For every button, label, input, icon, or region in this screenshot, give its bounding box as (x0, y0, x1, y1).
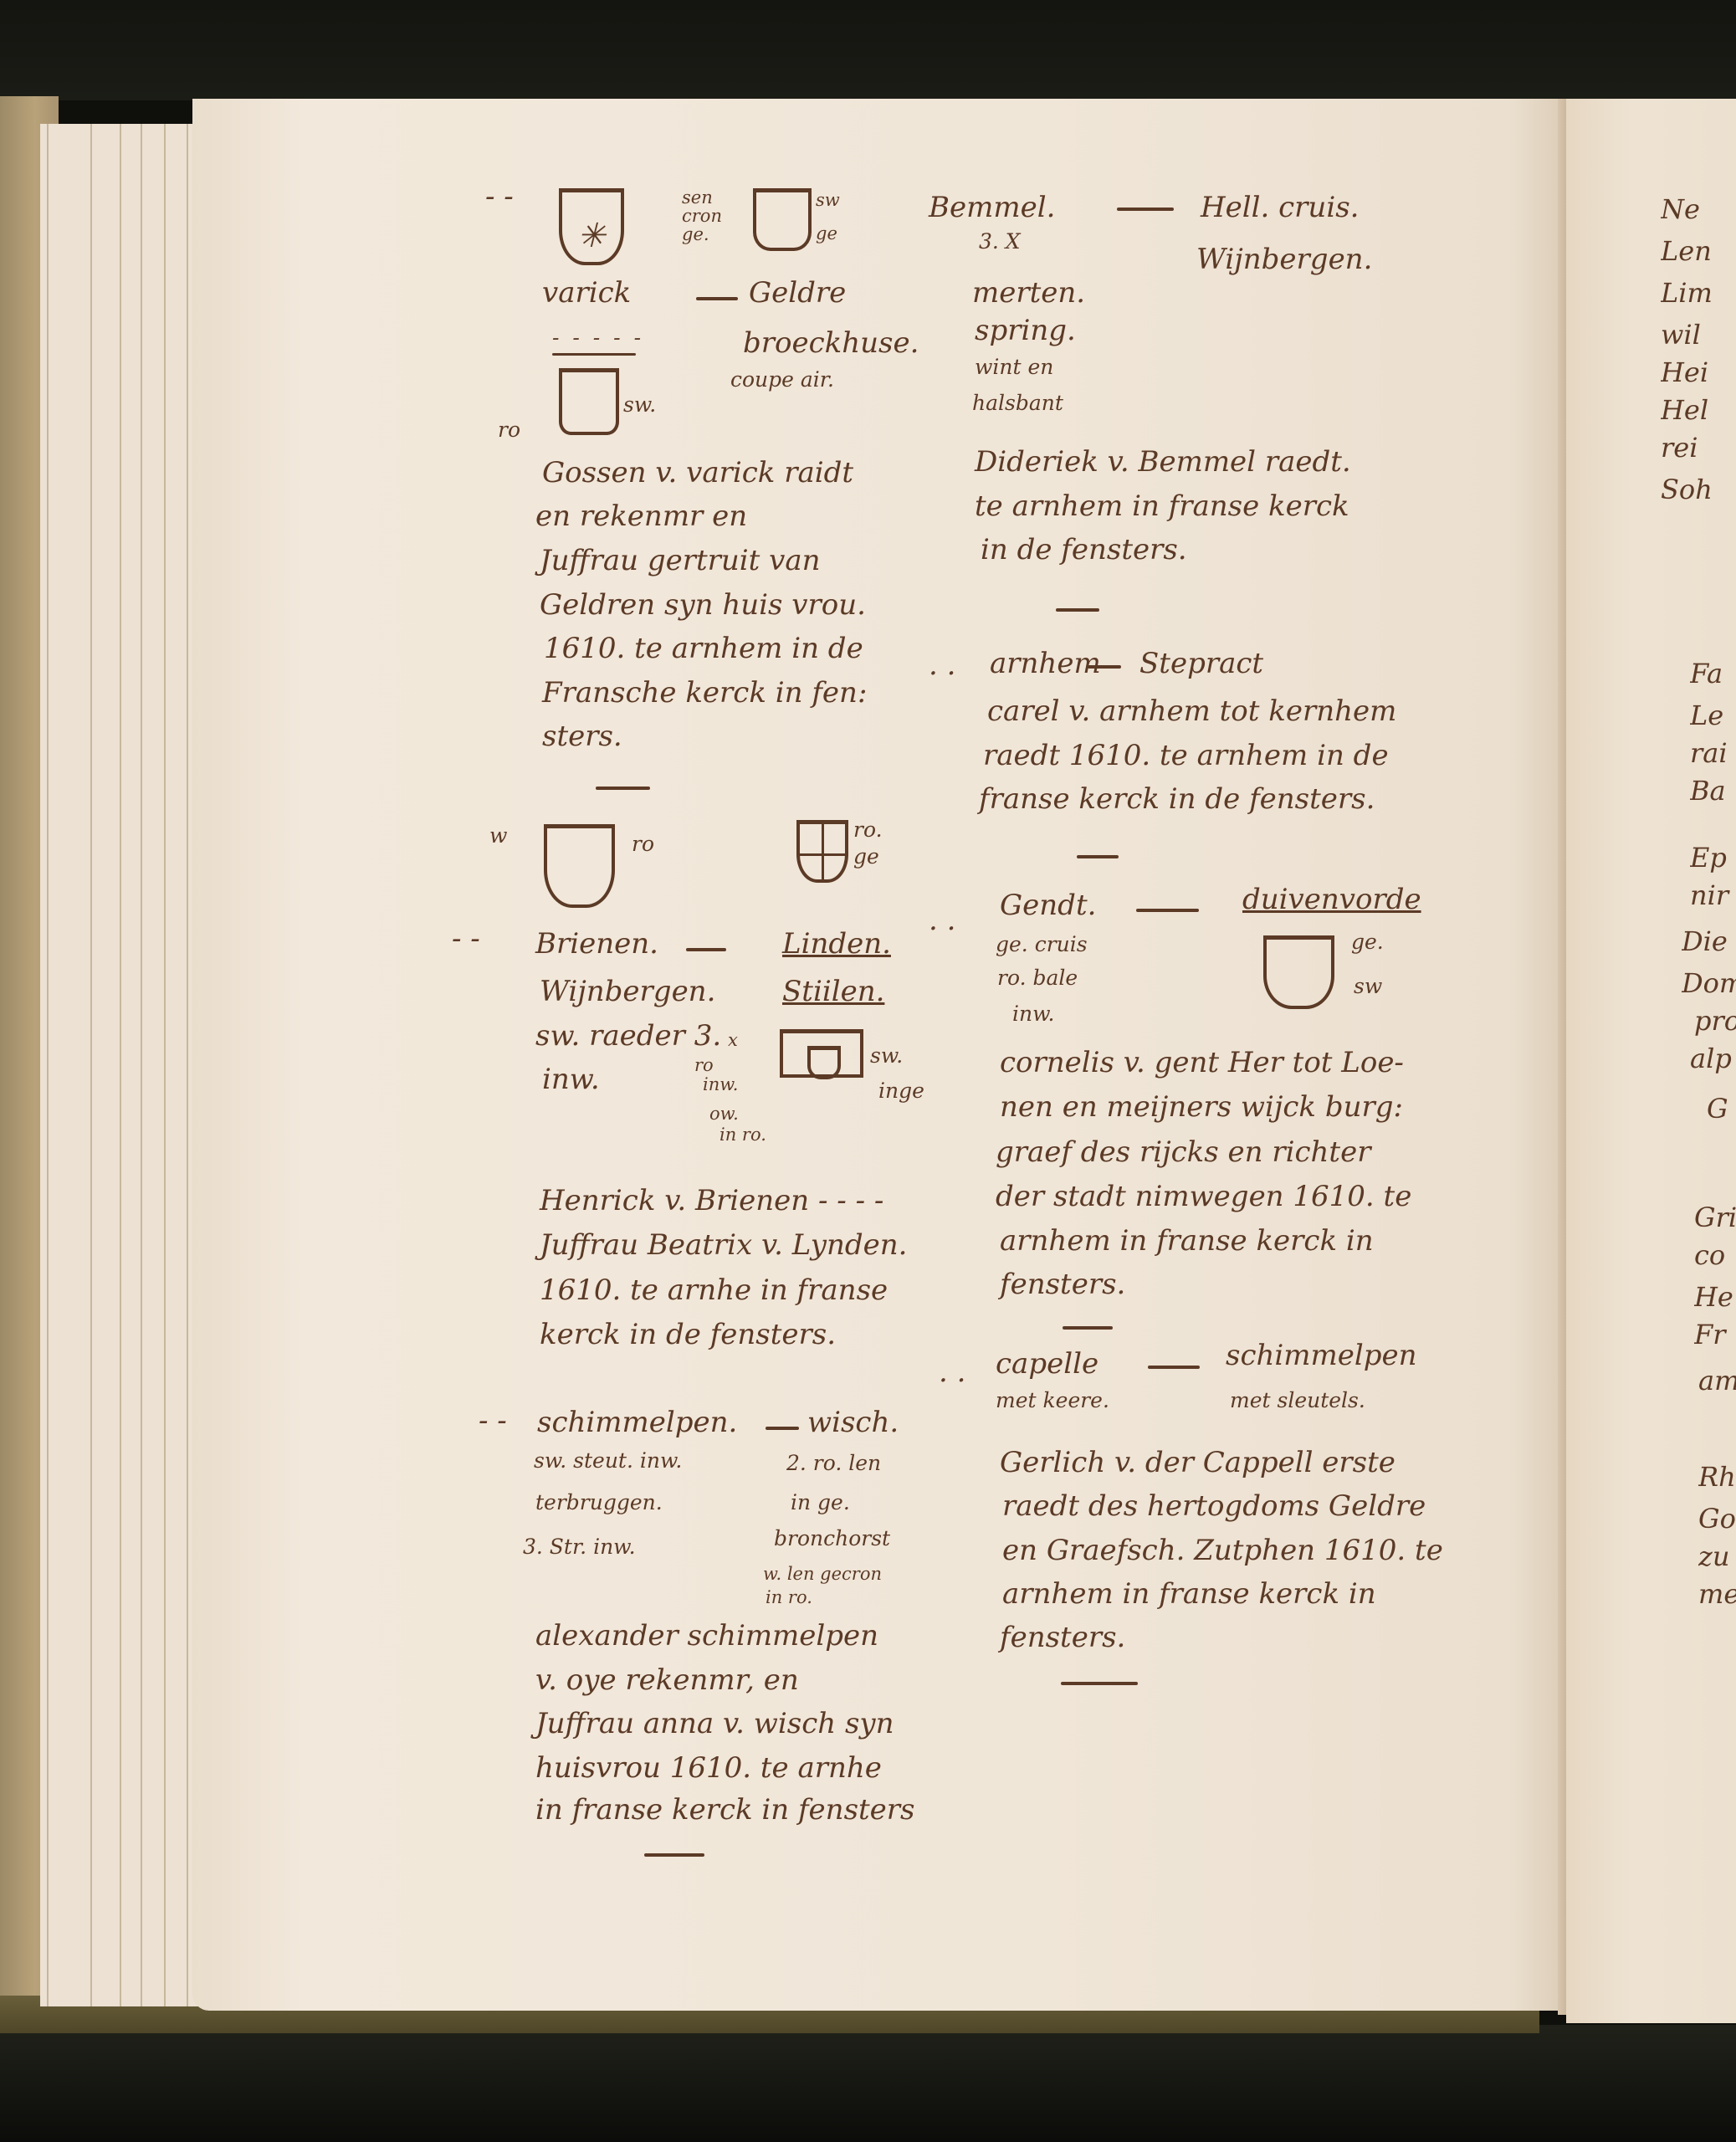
margin-mark: - - (452, 922, 480, 956)
margin-dots: . . (929, 904, 955, 937)
text-line: in de fensters. (981, 533, 1187, 566)
arms-label: ro (694, 1056, 714, 1074)
coat-of-arms-brienen (544, 824, 615, 908)
entry-divider (596, 787, 650, 790)
text-line: en Graefsch. Zutphen 1610. te (1002, 1534, 1443, 1567)
entry-heading-right: Hell. cruis. (1201, 191, 1359, 224)
facing-line: nir (1690, 879, 1736, 912)
heading-dash (1117, 208, 1174, 211)
text-line: Henrick v. Brienen - - - - (540, 1184, 883, 1217)
facing-line: Lim (1661, 276, 1736, 310)
arms-label: sw. (870, 1044, 903, 1068)
arms-label: ow. (709, 1104, 739, 1123)
facing-line: Dom (1682, 966, 1736, 1000)
text-line: Gerlich v. der Cappell erste (1000, 1446, 1395, 1479)
heading-dash (1136, 909, 1199, 912)
text-line: arnhem in franse kerck in (1002, 1577, 1376, 1611)
text-line: der stadt nimwegen 1610. te (996, 1180, 1411, 1213)
entry-subheading: in ge. (791, 1491, 850, 1514)
facing-line: Fa (1690, 657, 1736, 690)
facing-line: G (1707, 1092, 1736, 1125)
entry-subheading: spring. (975, 314, 1076, 347)
separator: - - - - - (552, 326, 644, 350)
entry-subheading: 3. Str. inw. (523, 1535, 636, 1559)
arms-label: ge. (1351, 930, 1384, 954)
star-charge-icon: ✳ (577, 219, 606, 253)
cross-horizontal (796, 853, 848, 856)
entry-heading-right: Linden. (782, 927, 891, 961)
entry-divider (1056, 608, 1099, 612)
text-line: alexander schimmelpen (535, 1619, 878, 1653)
facing-line: Ba (1690, 774, 1736, 807)
text-line: 1610. te arnhem in de (544, 632, 863, 665)
entry-heading-right: wisch. (807, 1406, 899, 1439)
page-stack-edges (40, 124, 199, 2006)
text-line: fensters. (1000, 1621, 1125, 1654)
entry-divider (644, 1853, 704, 1857)
facing-line: pro (1694, 1004, 1736, 1038)
facing-line: Gri (1694, 1201, 1736, 1234)
arms-label: inw. (703, 1075, 738, 1094)
facing-line: am (1698, 1364, 1736, 1397)
entry-subheading: sw. raeder 3. (535, 1019, 721, 1053)
text-line: franse kerck in de fensters. (979, 782, 1375, 816)
text-line: huisvrou 1610. te arnhe (535, 1751, 882, 1785)
facing-line: Die (1682, 925, 1736, 958)
entry-subheading: inw. (1012, 1002, 1054, 1026)
coat-of-arms-geldre (753, 188, 812, 251)
entry-heading-left: varick (542, 276, 631, 310)
facing-line: Le (1690, 699, 1736, 732)
background-bottom (0, 2025, 1736, 2142)
entry-subheading: w. len gecron (763, 1565, 882, 1583)
entry-subheading: in ro. (766, 1588, 812, 1606)
text-line: Fransche kerck in fen: (542, 676, 867, 710)
facing-line: Rh (1698, 1460, 1736, 1494)
entry-subheading: Wijnbergen. (540, 975, 715, 1008)
heading-dash (686, 948, 726, 951)
text-line: Dideriek v. Bemmel raedt. (975, 445, 1351, 479)
facing-line: zu (1698, 1540, 1736, 1573)
arms-label: sen cron ge. (682, 188, 749, 243)
arms-label: sw (1354, 975, 1382, 998)
text-line: in franse kerck in fensters (535, 1793, 915, 1827)
margin-mark: - - (485, 180, 514, 213)
entry-subheading: broeckhuse. (743, 326, 919, 360)
text-line: fensters. (1000, 1268, 1125, 1301)
arms-label: ge (853, 845, 879, 869)
text-line: Geldren syn huis vrou. (540, 588, 866, 622)
entry-heading-right: Geldre (749, 276, 846, 310)
entry-subheading: ro. bale (997, 966, 1078, 990)
entry-subheading: terbruggen. (535, 1491, 663, 1514)
facing-line: Len (1661, 234, 1736, 268)
coat-of-arms-duivenvorde (1263, 935, 1334, 1009)
arms-label: sw. (623, 393, 656, 417)
heading-dash (1148, 1366, 1200, 1369)
entry-subheading: met sleutels. (1230, 1389, 1365, 1412)
facing-line: Ne (1661, 192, 1736, 226)
arms-label: sw (816, 191, 840, 209)
entry-subheading: bronchorst (774, 1527, 890, 1550)
text-line: arnhem in franse kerck in (1000, 1224, 1374, 1258)
inescutcheon (807, 1046, 841, 1079)
text-line: Juffrau gertruit van (540, 544, 821, 577)
entry-subheading: ge. cruis (996, 933, 1088, 956)
text-line: graef des rijcks en richter (996, 1135, 1370, 1169)
text-line: raedt des hertogdoms Geldre (1002, 1489, 1426, 1523)
entry-subheading: wint en (975, 356, 1053, 379)
arms-label: x (728, 1031, 738, 1049)
entry-subheading: 2. ro. len (786, 1452, 881, 1475)
text-line: sters. (542, 720, 622, 753)
margin-dots: . . (939, 1355, 965, 1389)
entry-subheading: halsbant (972, 392, 1063, 415)
facing-line: me (1698, 1577, 1736, 1611)
entry-subheading: Stiilen. (782, 975, 884, 1008)
facing-line: wil (1661, 318, 1736, 351)
facing-line: Hel (1661, 393, 1736, 427)
text-line: raedt 1610. te arnhem in de (983, 739, 1389, 772)
facing-line: rei (1661, 431, 1736, 464)
separator-rule (552, 353, 636, 356)
arms-label: ro (498, 418, 520, 442)
background-top (0, 0, 1736, 100)
text-line: Gossen v. varick raidt (542, 456, 853, 489)
arms-label: ro. (853, 818, 883, 842)
text-line: v. oye rekenmr, en (535, 1663, 799, 1697)
heading-dash (696, 297, 738, 300)
facing-line: alp (1690, 1042, 1736, 1075)
text-line: Juffrau Beatrix v. Lynden. (540, 1228, 907, 1262)
entry-divider (1061, 1682, 1138, 1685)
text-line: nen en meijners wijck burg: (1000, 1090, 1403, 1124)
entry-heading-right: schimmelpen (1226, 1339, 1417, 1372)
text-line: Juffrau anna v. wisch syn (535, 1707, 894, 1740)
arms-label: ro (632, 833, 654, 856)
arms-label: inge (878, 1079, 924, 1103)
entry-subheading: sw. steut. inw. (534, 1449, 682, 1473)
entry-subheading: merten. (972, 276, 1085, 310)
entry-heading-left: arnhem (990, 647, 1101, 680)
facing-line: Fr (1694, 1318, 1736, 1351)
arms-label: in ro. (719, 1125, 766, 1144)
facing-line: Ep (1690, 841, 1736, 874)
entry-heading-left: Gendt. (1000, 889, 1096, 922)
entry-heading-right: duivenvorde (1242, 883, 1421, 916)
text-line: kerck in de fensters. (540, 1318, 836, 1351)
entry-divider (1063, 1326, 1113, 1330)
arms-label: w (489, 824, 507, 848)
margin-mark: - - (479, 1404, 507, 1437)
text-line: te arnhem in franse kerck (975, 489, 1349, 523)
facing-line: Go (1698, 1502, 1736, 1535)
text-line: carel v. arnhem tot kernhem (987, 694, 1396, 728)
text-line: cornelis v. gent Her tot Loe- (1000, 1046, 1404, 1079)
entry-subheading: coupe air. (730, 368, 834, 392)
arms-label: ge (816, 224, 837, 243)
coat-of-arms-small (559, 368, 619, 435)
facing-line: co (1694, 1238, 1736, 1272)
entry-heading-left: capelle (996, 1347, 1098, 1381)
entry-subheading: met keere. (996, 1389, 1109, 1412)
entry-subheading: Wijnbergen. (1196, 243, 1372, 276)
entry-subheading: inw. (542, 1063, 600, 1096)
heading-dash (766, 1427, 799, 1430)
entry-heading-left: Bemmel. (929, 191, 1055, 224)
cross-vertical (822, 820, 824, 883)
facing-line: Soh (1661, 473, 1736, 506)
facing-line: He (1694, 1280, 1736, 1314)
entry-divider (1077, 855, 1119, 858)
entry-heading-left: schimmelpen. (537, 1406, 737, 1439)
entry-heading-right: Stepract (1139, 647, 1263, 680)
heading-dash (1088, 665, 1121, 669)
facing-line: rai (1690, 736, 1736, 770)
text-line: en rekenmr en (535, 500, 747, 533)
entry-subheading: 3. X (979, 230, 1021, 254)
text-line: 1610. te arnhe in franse (540, 1273, 888, 1307)
facing-line: Hei (1661, 356, 1736, 389)
margin-dots: . . (929, 648, 955, 682)
entry-heading-left: Brienen. (535, 927, 658, 961)
